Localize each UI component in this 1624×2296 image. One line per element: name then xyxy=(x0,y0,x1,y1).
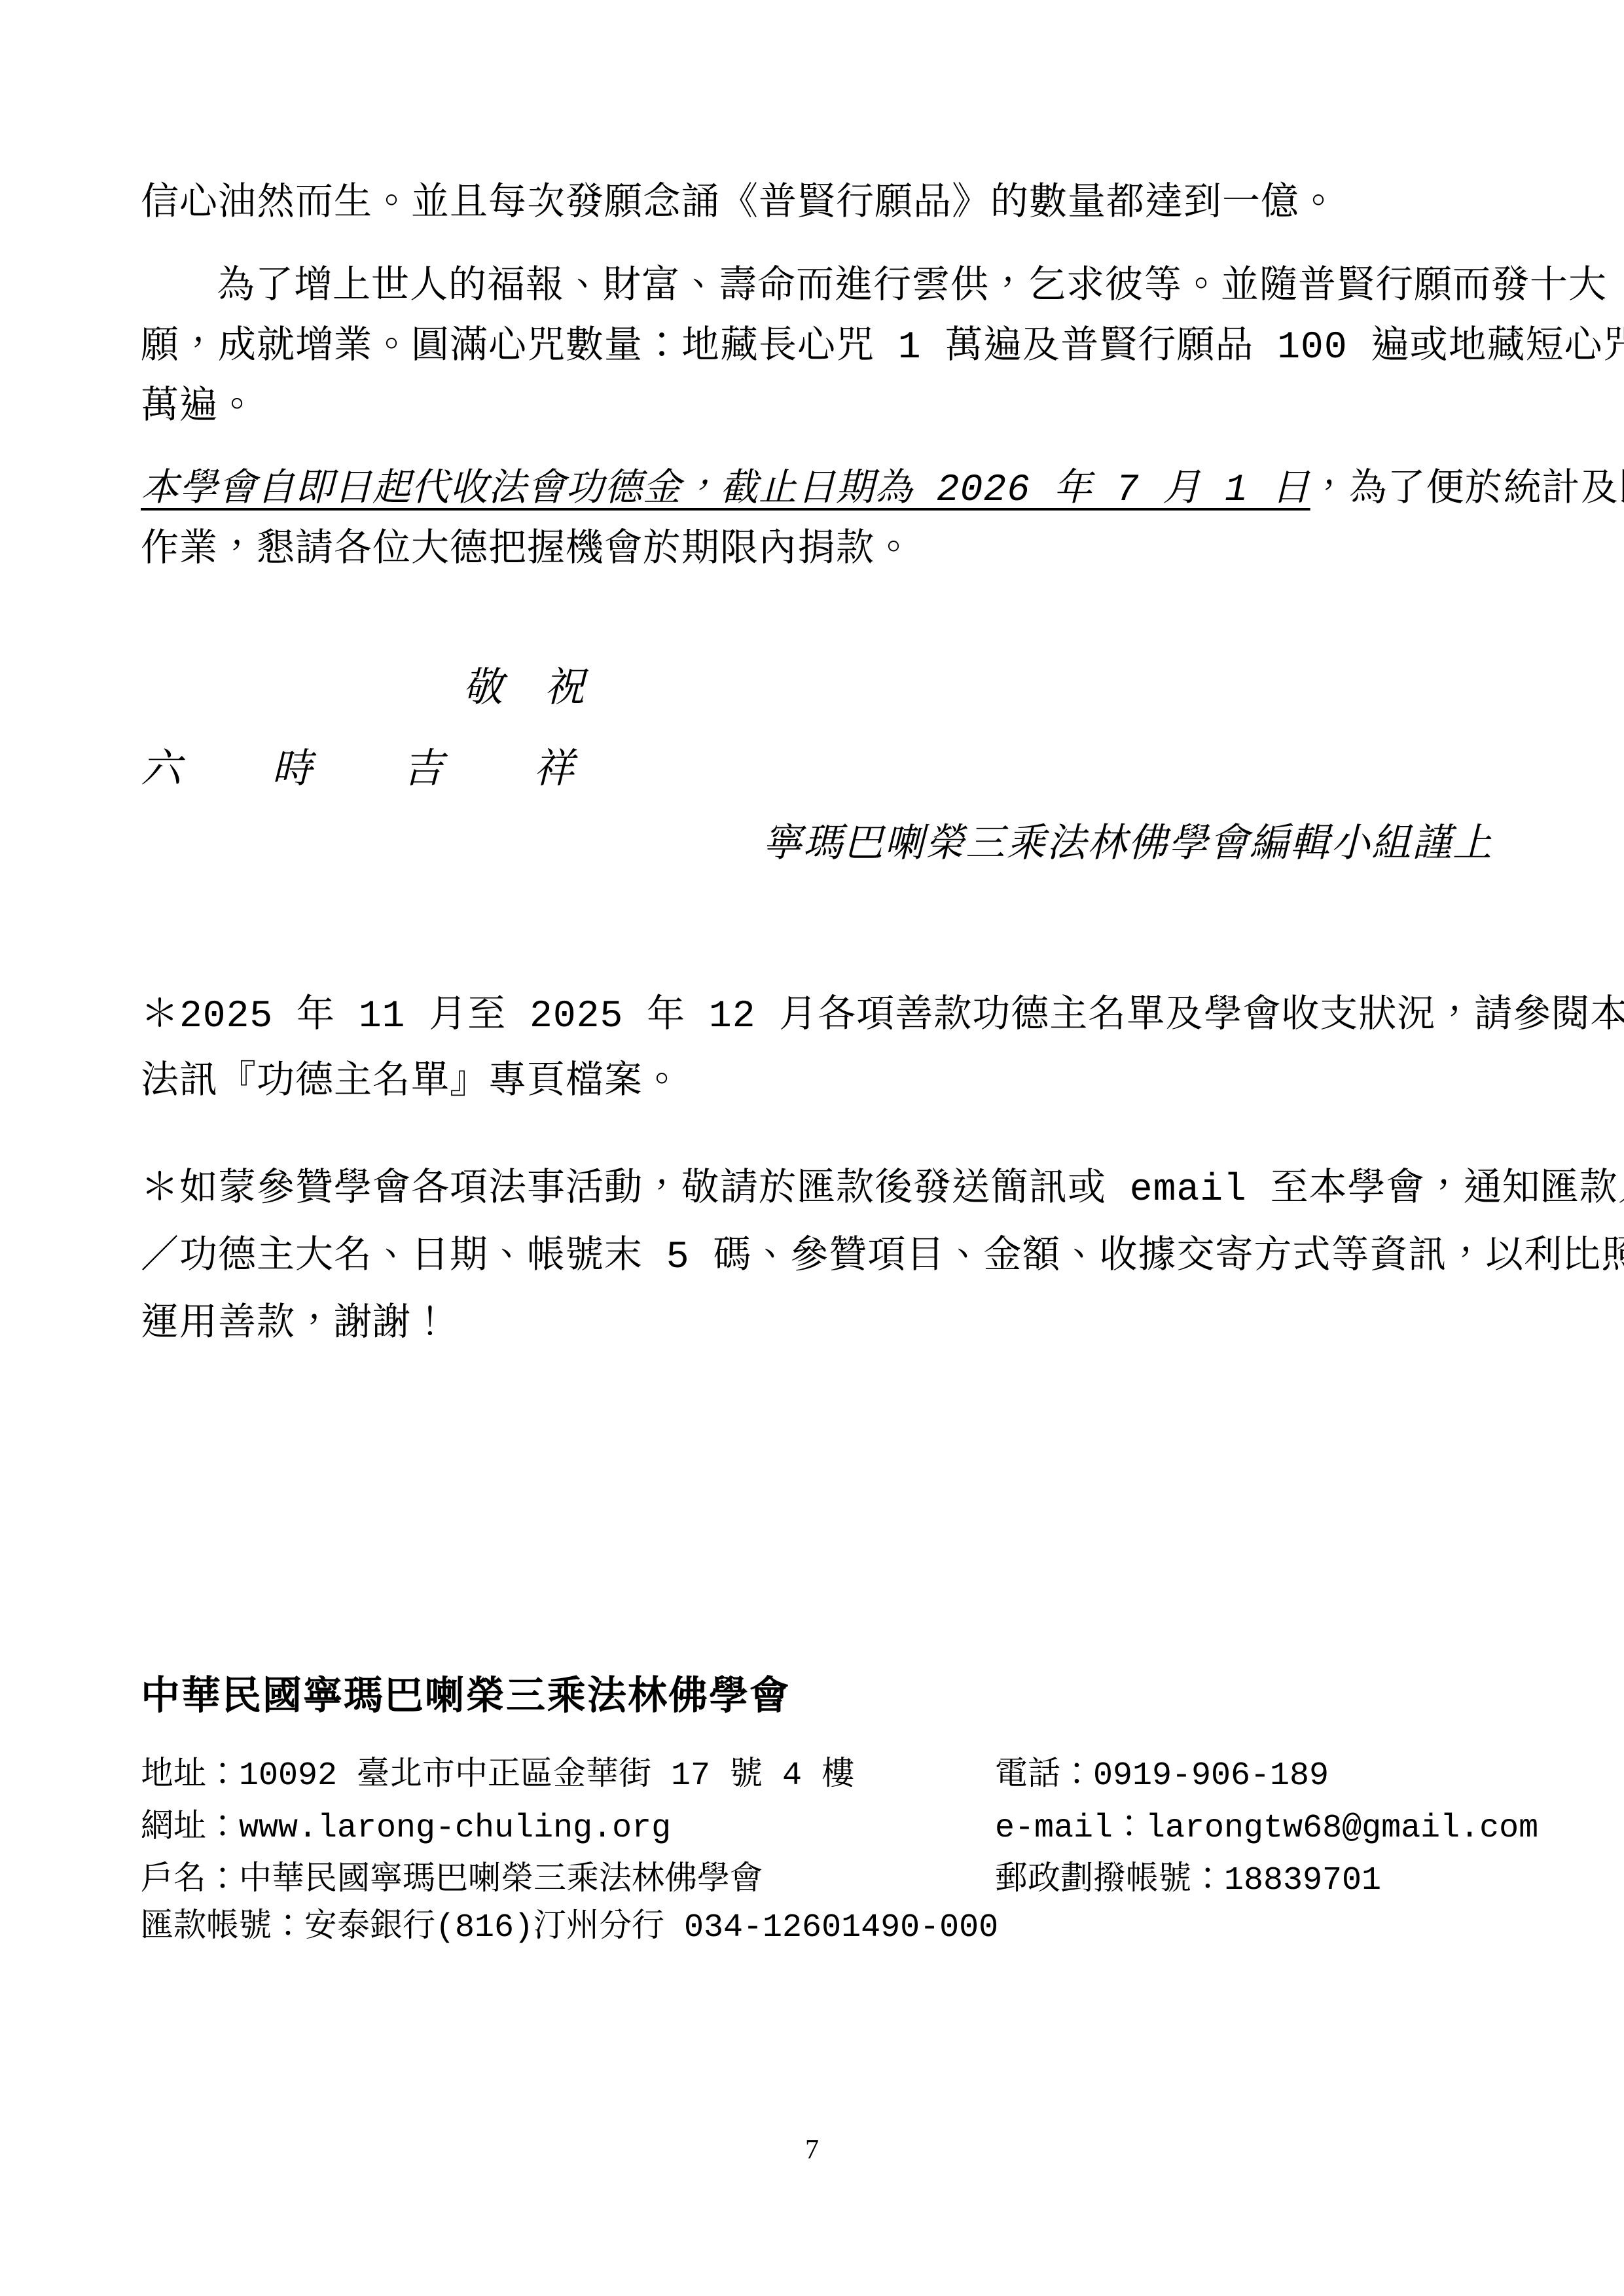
note-line: ＊如蒙參贊學會各項法事活動，敬請於匯款後發送簡訊或 email 至本學會，通知匯… xyxy=(141,1157,1493,1224)
note-donor-list: ＊2025 年 11 月至 2025 年 12 月各項善款功德主名單及學會收支狀… xyxy=(141,984,1493,1116)
paragraph-line: 作業，懇請各位大德把握機會於期限內捐款。 xyxy=(141,521,1493,581)
donation-deadline-underlined-text: 本學會自即日起代收法會功德金，截止日期為 2026 年 7 月 1 日 xyxy=(141,469,1310,512)
note-remittance-info: ＊如蒙參贊學會各項法事活動，敬請於匯款後發送簡訊或 email 至本學會，通知匯… xyxy=(141,1157,1493,1359)
footer-bank-account: 匯款帳號：安泰銀行(816)汀州分行 034-12601490-000 xyxy=(141,1909,998,1946)
note-line: 法訊『功德主名單』專頁檔案。 xyxy=(141,1050,1493,1116)
paragraph-faith-line: 信心油然而生。並且每次發願念誦《普賢行願品》的數量都達到一億。 xyxy=(141,183,1493,227)
footer-website: 網址：www.larong-chuling.org xyxy=(141,1810,671,1847)
footer-row-website: 網址：www.larong-chuling.org e-mail：larongt… xyxy=(141,1809,1493,1848)
paragraph-line: 願，成就增業。圓滿心咒數量：地藏長心咒 1 萬遍及普賢行願品 100 遍或地藏短… xyxy=(141,318,1493,378)
footer-email: e-mail：larongtw68@gmail.com xyxy=(995,1809,1538,1848)
footer-row-account-name: 戶名：中華民國寧瑪巴喇榮三乘法林佛學會 郵政劃撥帳號：18839701 xyxy=(141,1861,1493,1901)
footer-row-bank-account: 匯款帳號：安泰銀行(816)汀州分行 034-12601490-000 xyxy=(141,1909,1493,1948)
page-number: 7 xyxy=(0,2135,1624,2165)
footer-account-name: 戶名：中華民國寧瑪巴喇榮三乘法林佛學會 xyxy=(141,1862,763,1899)
paragraph-line: 為了增上世人的福報、財富、壽命而進行雲供，乞求彼等。並隨普賢行願而發十大 xyxy=(141,258,1493,318)
note-line: 運用善款，謝謝！ xyxy=(141,1291,1493,1359)
closing-signature: 寧瑪巴喇榮三乘法林佛學會編輯小組謹上 xyxy=(141,821,1493,866)
footer-phone: 電話：0919-906-189 xyxy=(995,1757,1329,1796)
footer-postal-account: 郵政劃撥帳號：18839701 xyxy=(995,1861,1381,1901)
donation-notice-rest: ，為了便於統計及匯款 xyxy=(1310,469,1624,512)
paragraph-donation-notice: 本學會自即日起代收法會功德金，截止日期為 2026 年 7 月 1 日，為了便於… xyxy=(141,461,1493,581)
footer-org-name: 中華民國寧瑪巴喇榮三乘法林佛學會 xyxy=(141,1677,1493,1722)
closing-salute: 敬 祝 xyxy=(463,664,585,710)
note-line: ＊2025 年 11 月至 2025 年 12 月各項善款功德主名單及學會收支狀… xyxy=(141,984,1493,1050)
paragraph-cloud-offering: 為了增上世人的福報、財富、壽命而進行雲供，乞求彼等。並隨普賢行願而發十大 願，成… xyxy=(141,258,1493,439)
footer-address: 地址：10092 臺北市中正區金華街 17 號 4 樓 xyxy=(141,1757,854,1795)
note-line: ／功德主大名、日期、帳號末 5 碼、參贊項目、金額、收據交寄方式等資訊，以利比照 xyxy=(141,1224,1493,1291)
closing-blessing: 六 時 吉 祥 xyxy=(141,745,599,791)
paragraph-line: 萬遍。 xyxy=(141,378,1493,439)
document-page: 信心油然而生。並且每次發願念誦《普賢行願品》的數量都達到一億。 為了增上世人的福… xyxy=(0,0,1624,2296)
paragraph-line: 本學會自即日起代收法會功德金，截止日期為 2026 年 7 月 1 日，為了便於… xyxy=(141,461,1493,521)
footer-row-address: 地址：10092 臺北市中正區金華街 17 號 4 樓 電話：0919-906-… xyxy=(141,1757,1493,1796)
